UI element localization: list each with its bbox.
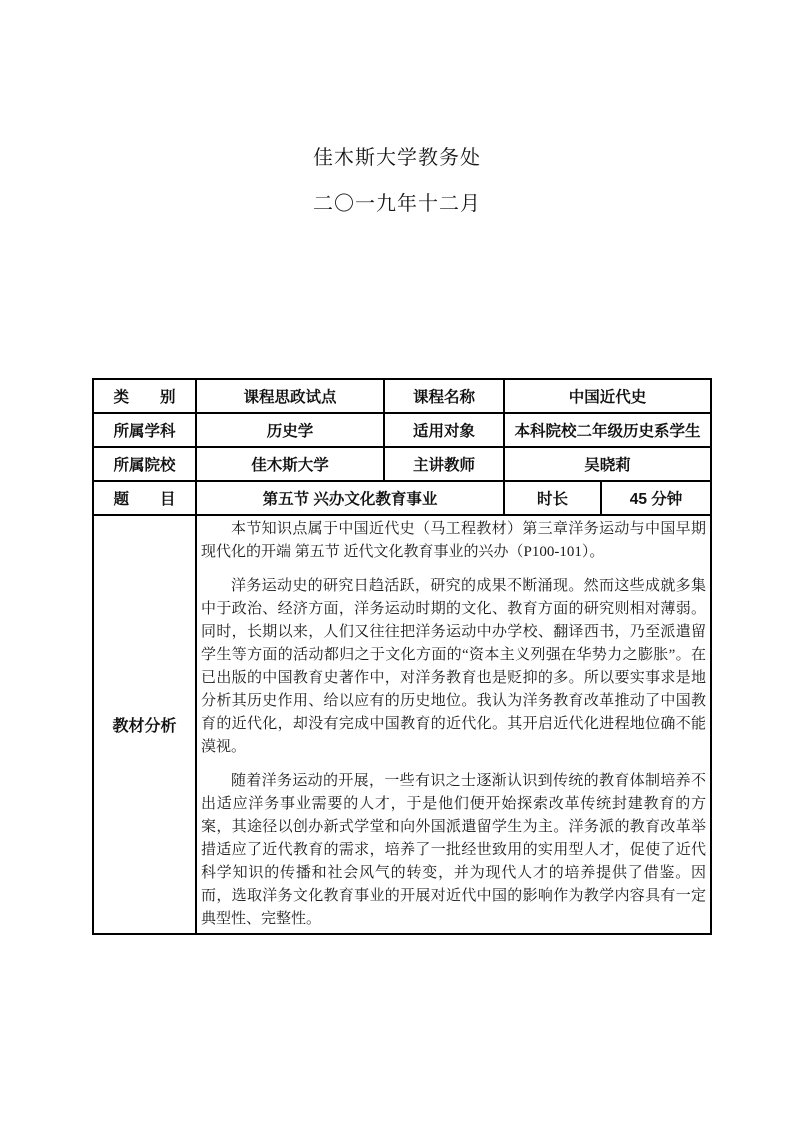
table-row-discipline: 所属学科 历史学 适用对象 本科院校二年级历史系学生 — [93, 413, 711, 447]
institution-value: 佳木斯大学 — [196, 447, 384, 481]
category-label: 类 别 — [93, 379, 196, 413]
discipline-label: 所属学科 — [93, 413, 196, 447]
course-info-table: 类 别 课程思政试点 课程名称 中国近代史 所属学科 历史学 适用对象 本科院校… — [92, 378, 712, 935]
topic-label: 题 目 — [93, 481, 196, 515]
topic-value: 第五节 兴办文化教育事业 — [196, 481, 504, 515]
category-value: 课程思政试点 — [196, 379, 384, 413]
lecturer-label: 主讲教师 — [384, 447, 504, 481]
duration-label: 时长 — [504, 481, 601, 515]
lecturer-value: 吴晓莉 — [504, 447, 711, 481]
course-name-value: 中国近代史 — [504, 379, 711, 413]
material-analysis-label: 教材分析 — [93, 515, 196, 934]
institution-label: 所属院校 — [93, 447, 196, 481]
analysis-paragraph-2: 洋务运动史的研究日趋活跃，研究的成果不断涌现。然而这些成就多集中于政治、经济方面… — [201, 575, 706, 759]
document-header: 佳木斯大学教务处 二〇一九年十二月 — [0, 0, 794, 216]
analysis-paragraph-1: 本节知识点属于中国近代史（马工程教材）第三章洋务运动与中国早期现代化的开端 第五… — [201, 518, 706, 564]
material-analysis-content: 本节知识点属于中国近代史（马工程教材）第三章洋务运动与中国早期现代化的开端 第五… — [196, 515, 711, 934]
date-line: 二〇一九年十二月 — [0, 192, 794, 216]
table-row-category: 类 别 课程思政试点 课程名称 中国近代史 — [93, 379, 711, 413]
duration-value: 45 分钟 — [601, 481, 711, 515]
table-row-institution: 所属院校 佳木斯大学 主讲教师 吴晓莉 — [93, 447, 711, 481]
discipline-value: 历史学 — [196, 413, 384, 447]
table-row-analysis: 教材分析 本节知识点属于中国近代史（马工程教材）第三章洋务运动与中国早期现代化的… — [93, 515, 711, 934]
document-page: 佳木斯大学教务处 二〇一九年十二月 类 别 课程思政试点 课程名称 中国近代史 … — [0, 0, 794, 1123]
audience-label: 适用对象 — [384, 413, 504, 447]
course-name-label: 课程名称 — [384, 379, 504, 413]
analysis-paragraph-3: 随着洋务运动的开展，一些有识之士逐渐认识到传统的教育体制培养不出适应洋务事业需要… — [201, 770, 706, 931]
table-row-topic: 题 目 第五节 兴办文化教育事业 时长 45 分钟 — [93, 481, 711, 515]
audience-value: 本科院校二年级历史系学生 — [504, 413, 711, 447]
org-title: 佳木斯大学教务处 — [0, 146, 794, 170]
